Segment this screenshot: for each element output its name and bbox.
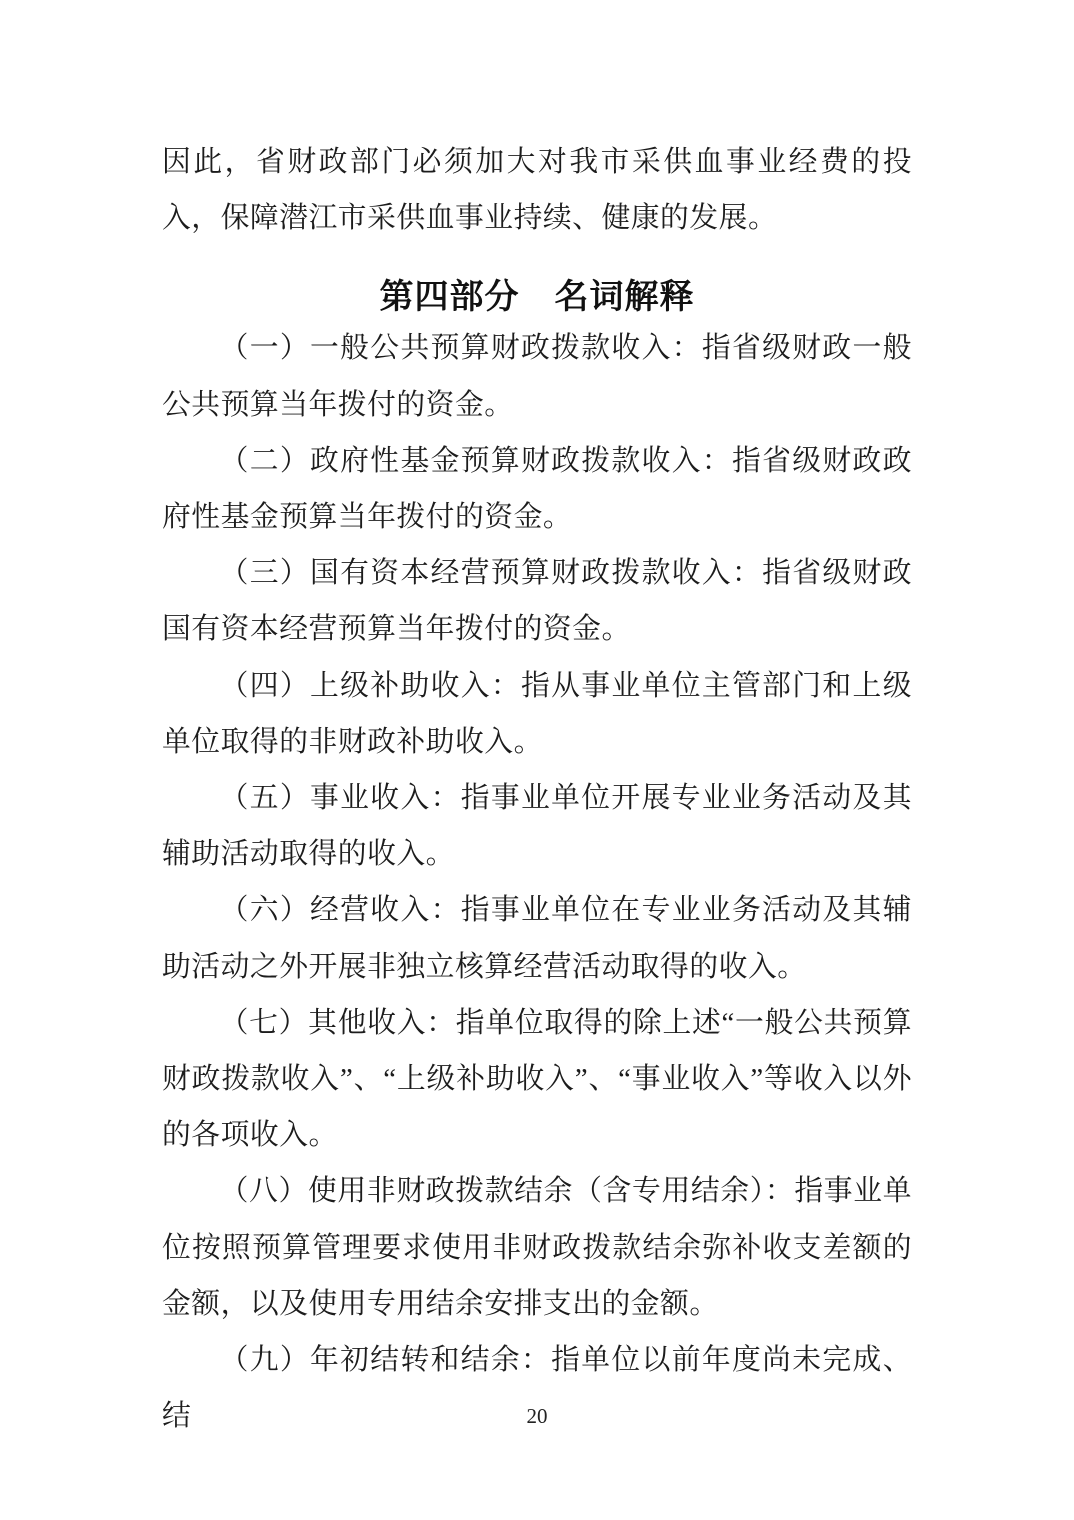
intro-paragraph: 因此，省财政部门必须加大对我市采供血事业经费的投入，保障潜江市采供血事业持续、健… [162, 134, 912, 246]
term-paragraph-5: （五）事业收入：指事业单位开展专业业务活动及其辅助活动取得的收入。 [162, 770, 912, 882]
term-paragraph-6: （六）经营收入：指事业单位在专业业务活动及其辅助活动之外开展非独立核算经营活动取… [162, 882, 912, 994]
term-paragraph-3: （三）国有资本经营预算财政拨款收入：指省级财政国有资本经营预算当年拨付的资金。 [162, 545, 912, 657]
page-number: 20 [0, 1404, 1074, 1428]
term-paragraph-2: （二）政府性基金预算财政拨款收入：指省级财政政府性基金预算当年拨付的资金。 [162, 433, 912, 545]
term-paragraph-8: （八）使用非财政拨款结余（含专用结余）：指事业单位按照预算管理要求使用非财政拨款… [162, 1163, 912, 1332]
document-page: 因此，省财政部门必须加大对我市采供血事业经费的投入，保障潜江市采供血事业持续、健… [0, 0, 1074, 1520]
term-paragraph-1: （一）一般公共预算财政拨款收入：指省级财政一般公共预算当年拨付的资金。 [162, 320, 912, 432]
term-paragraph-4: （四）上级补助收入：指从事业单位主管部门和上级单位取得的非财政补助收入。 [162, 658, 912, 770]
term-paragraph-7: （七）其他收入：指单位取得的除上述“一般公共预算财政拨款收入”、“上级补助收入”… [162, 995, 912, 1164]
section-heading: 第四部分 名词解释 [162, 274, 912, 320]
page-content: 因此，省财政部门必须加大对我市采供血事业经费的投入，保障潜江市采供血事业持续、健… [162, 134, 912, 1444]
